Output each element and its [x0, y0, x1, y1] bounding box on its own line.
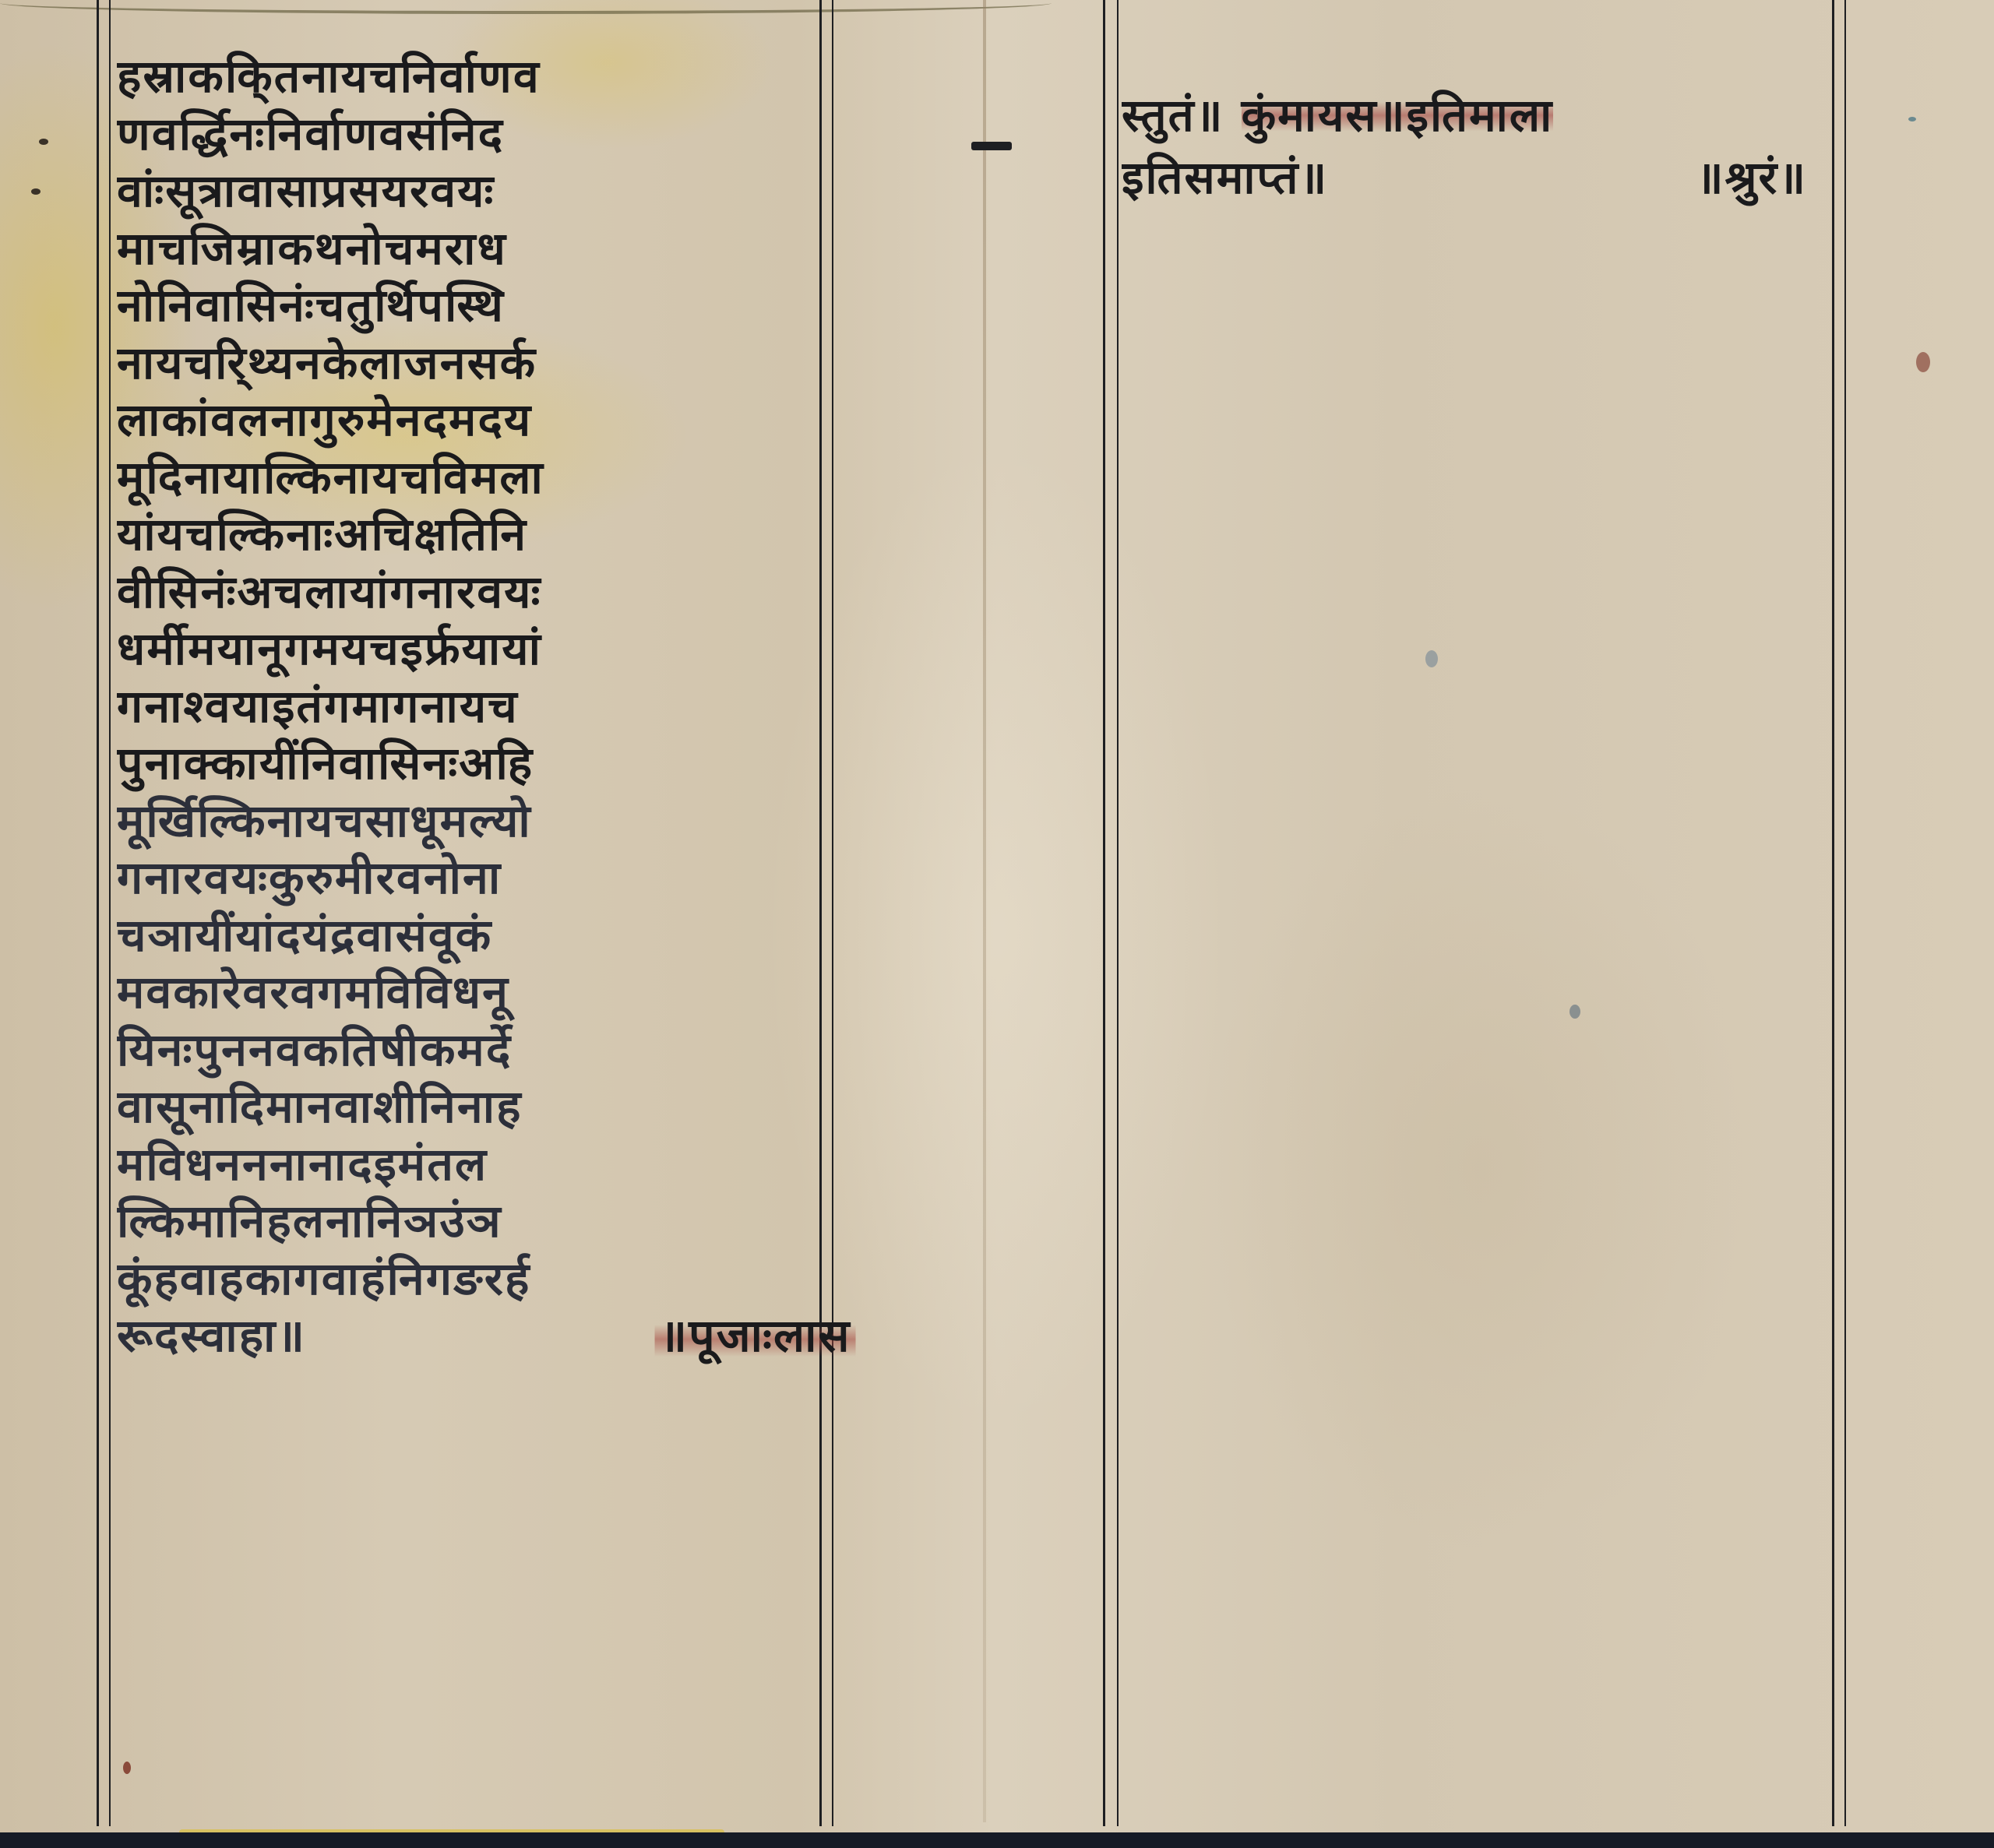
- text-line: वीसिनंःअचलायांगनारवयः: [117, 564, 856, 621]
- right-panel-left-inner-rule: [1117, 0, 1119, 1826]
- text-line: मवकारेवरवगमविविधनू: [117, 964, 856, 1022]
- manuscript-folio: हस्राककि्तनायचनिर्वाणव णवर्द्धिनःनिर्वाण…: [0, 0, 1994, 1848]
- right-panel-right-inner-rule: [1844, 0, 1846, 1826]
- text-line: मूर्खिल्किनायचसाधूमल्यो: [117, 793, 856, 850]
- colophon-left-text: रूदस्वाहा॥: [117, 1308, 306, 1365]
- colophon-rubric-text: ॥पूजाःलास: [655, 1308, 856, 1365]
- right-panel-left-rule: [1103, 0, 1105, 1826]
- stain-speck: [123, 1762, 131, 1774]
- ink-speck: [39, 139, 48, 145]
- text-line: यांयचल्किनाःअचिक्षतिनि: [117, 506, 856, 564]
- text-line: लाकांवलनागुरुमेनदमदय: [117, 392, 856, 449]
- left-text-panel: हस्राककि्तनायचनिर्वाणव णवर्द्धिनःनिर्वाण…: [117, 48, 841, 1365]
- rubric-highlight-text: कुंमायस॥इतिमाला: [1242, 89, 1553, 142]
- stain-speck: [1916, 352, 1930, 372]
- stain-speck: [1425, 650, 1438, 667]
- right-line2-start: इतिसमाप्तं॥: [1122, 146, 1328, 209]
- text-line: नायचरि्थ्यनकेलाजनसर्क: [117, 335, 856, 392]
- right-text-panel: स्तुतं॥ कुंमायस॥इतिमाला इतिसमाप्तं॥ ॥श्र…: [1122, 84, 1838, 209]
- stain-speck: [1569, 1005, 1580, 1019]
- right-line2-end: ॥श्रुरं॥: [1696, 146, 1807, 209]
- text-line: धर्मीमयानूगमयचइर्फ्रयायां: [117, 621, 856, 678]
- text-line: गनाश्वयाइतंगमागनायच: [117, 678, 856, 736]
- text-line: कूंहवाहकागवाहंनिगङरर्ह: [117, 1251, 856, 1308]
- text-line: गनारवयःकुरुमीरवनोना: [117, 850, 856, 907]
- binding-thread: [0, 3, 1052, 14]
- colophon-line: रूदस्वाहा॥ ॥पूजाःलास: [117, 1308, 856, 1365]
- text-line: पुनाक्कायींनिवासिनःअहि: [117, 735, 856, 793]
- text-line: वांःसूत्रावासाप्रसयरवयः: [117, 163, 856, 220]
- text-line: हस्राककि्तनायचनिर्वाणव: [117, 48, 856, 106]
- text-line: वासूनादिमानवाशीनिनाह: [117, 1079, 856, 1136]
- text-line: चञायींयांदयंद्रवासंवूकं: [117, 907, 856, 965]
- right-text-line-1: स्तुतं॥ कुंमायस॥इतिमाला: [1122, 84, 1838, 146]
- text-line: नोनिवासिनंःचतुर्थिपस्थि: [117, 277, 856, 335]
- text-line: यिनःपुननवकतिषीकमर्दे: [117, 1022, 856, 1079]
- left-panel-outer-rule: [97, 0, 99, 1826]
- page-fold-crease: [983, 0, 986, 1822]
- text-line: णवर्द्धिनःनिर्वाणवसंनिद: [117, 106, 856, 164]
- text-line: मूदिनायाल्किनायचविमला: [117, 449, 856, 507]
- text-line: मविधनननानादइमंतल: [117, 1136, 856, 1194]
- fiber-speck: [1908, 117, 1916, 121]
- dark-backing-cloth: [0, 1832, 1994, 1848]
- right-line1-start: स्तुतं॥: [1122, 89, 1224, 142]
- right-text-line-2: इतिसमाप्तं॥ ॥श्रुरं॥: [1122, 146, 1807, 209]
- right-panel-right-rule: [1832, 0, 1834, 1826]
- text-line: ल्किमानिहलनानिञउंञ: [117, 1193, 856, 1251]
- text-line: माचजिम्राकथनोचमराध: [117, 220, 856, 278]
- left-panel-inner-rule: [109, 0, 111, 1826]
- folio-mark: [971, 142, 1012, 150]
- ink-speck: [31, 188, 41, 195]
